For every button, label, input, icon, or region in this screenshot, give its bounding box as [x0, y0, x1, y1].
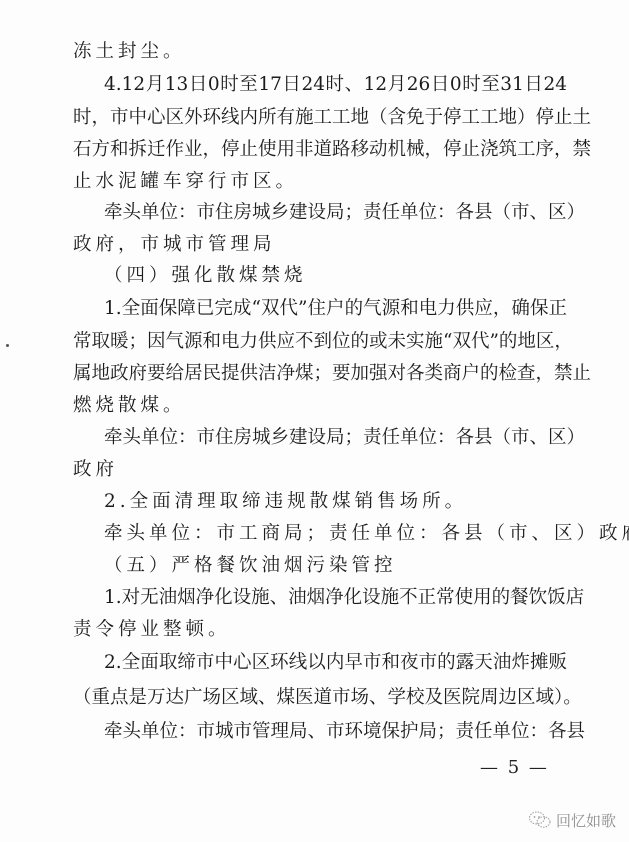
text-line: 4.12月13日0时至17日24时、12月26日0时至31日24 — [104, 72, 567, 98]
scan-artifact-dot — [6, 344, 9, 347]
text-line: 石方和拆迁作业，停止使用非道路移动机械，停止浇筑工序，禁 — [73, 137, 567, 163]
text-line: 2.全面取缔市中心区环线以内早市和夜市的露天油炸摊贩 — [104, 650, 567, 676]
text-line: 止水泥罐车穿行市区。 — [73, 169, 298, 195]
text-line: 1.全面保障已完成“双代”住户的气源和电力供应，确保正 — [104, 296, 567, 322]
text-line: 牵头单位：市住房城乡建设局；责任单位：各县（市、区） — [104, 425, 567, 451]
text-line: 牵头单位：市住房城乡建设局；责任单位：各县（市、区） — [104, 200, 567, 226]
wechat-icon — [528, 810, 552, 830]
text-line: （五）严格餐饮油烟污染管控 — [104, 553, 397, 579]
text-line: 牵头单位：市城市管理局、市环境保护局；责任单位：各县 — [104, 719, 567, 745]
watermark-text: 回忆如歌 — [556, 810, 616, 831]
text-line: 政府，市城市管理局 — [73, 232, 276, 258]
text-line: 属地政府要给居民提供洁净煤；要加强对各类商户的检查，禁止 — [73, 361, 567, 387]
text-line: 2.全面清理取缔违规散煤销售场所。 — [104, 489, 467, 515]
page-number: — 5 — — [480, 756, 549, 780]
text-line: 牵头单位：市工商局；责任单位：各县（市、区）政府 — [104, 521, 629, 547]
text-line: （重点是万达广场区域、煤医道市场、学校及医院周边区域）。 — [73, 685, 567, 711]
text-line: 燃烧散煤。 — [73, 393, 186, 419]
text-line: 常取暖；因气源和电力供应不到位的或未实施“双代”的地区， — [73, 329, 567, 355]
text-line: 责令停业整顿。 — [73, 617, 231, 643]
watermark: 回忆如歌 — [528, 808, 616, 832]
text-line: 政府 — [73, 457, 118, 483]
text-line: 1.对无油烟净化设施、油烟净化设施不正常使用的餐饮饭店 — [104, 585, 567, 611]
text-line: 冻土封尘。 — [73, 39, 186, 65]
text-line: （四）强化散煤禁烧 — [104, 263, 307, 289]
text-line: 时，市中心区外环线内所有施工工地（含免于停工工地）停止土 — [73, 105, 567, 131]
document-page: 冻土封尘。4.12月13日0时至17日24时、12月26日0时至31日24时，市… — [0, 0, 629, 842]
